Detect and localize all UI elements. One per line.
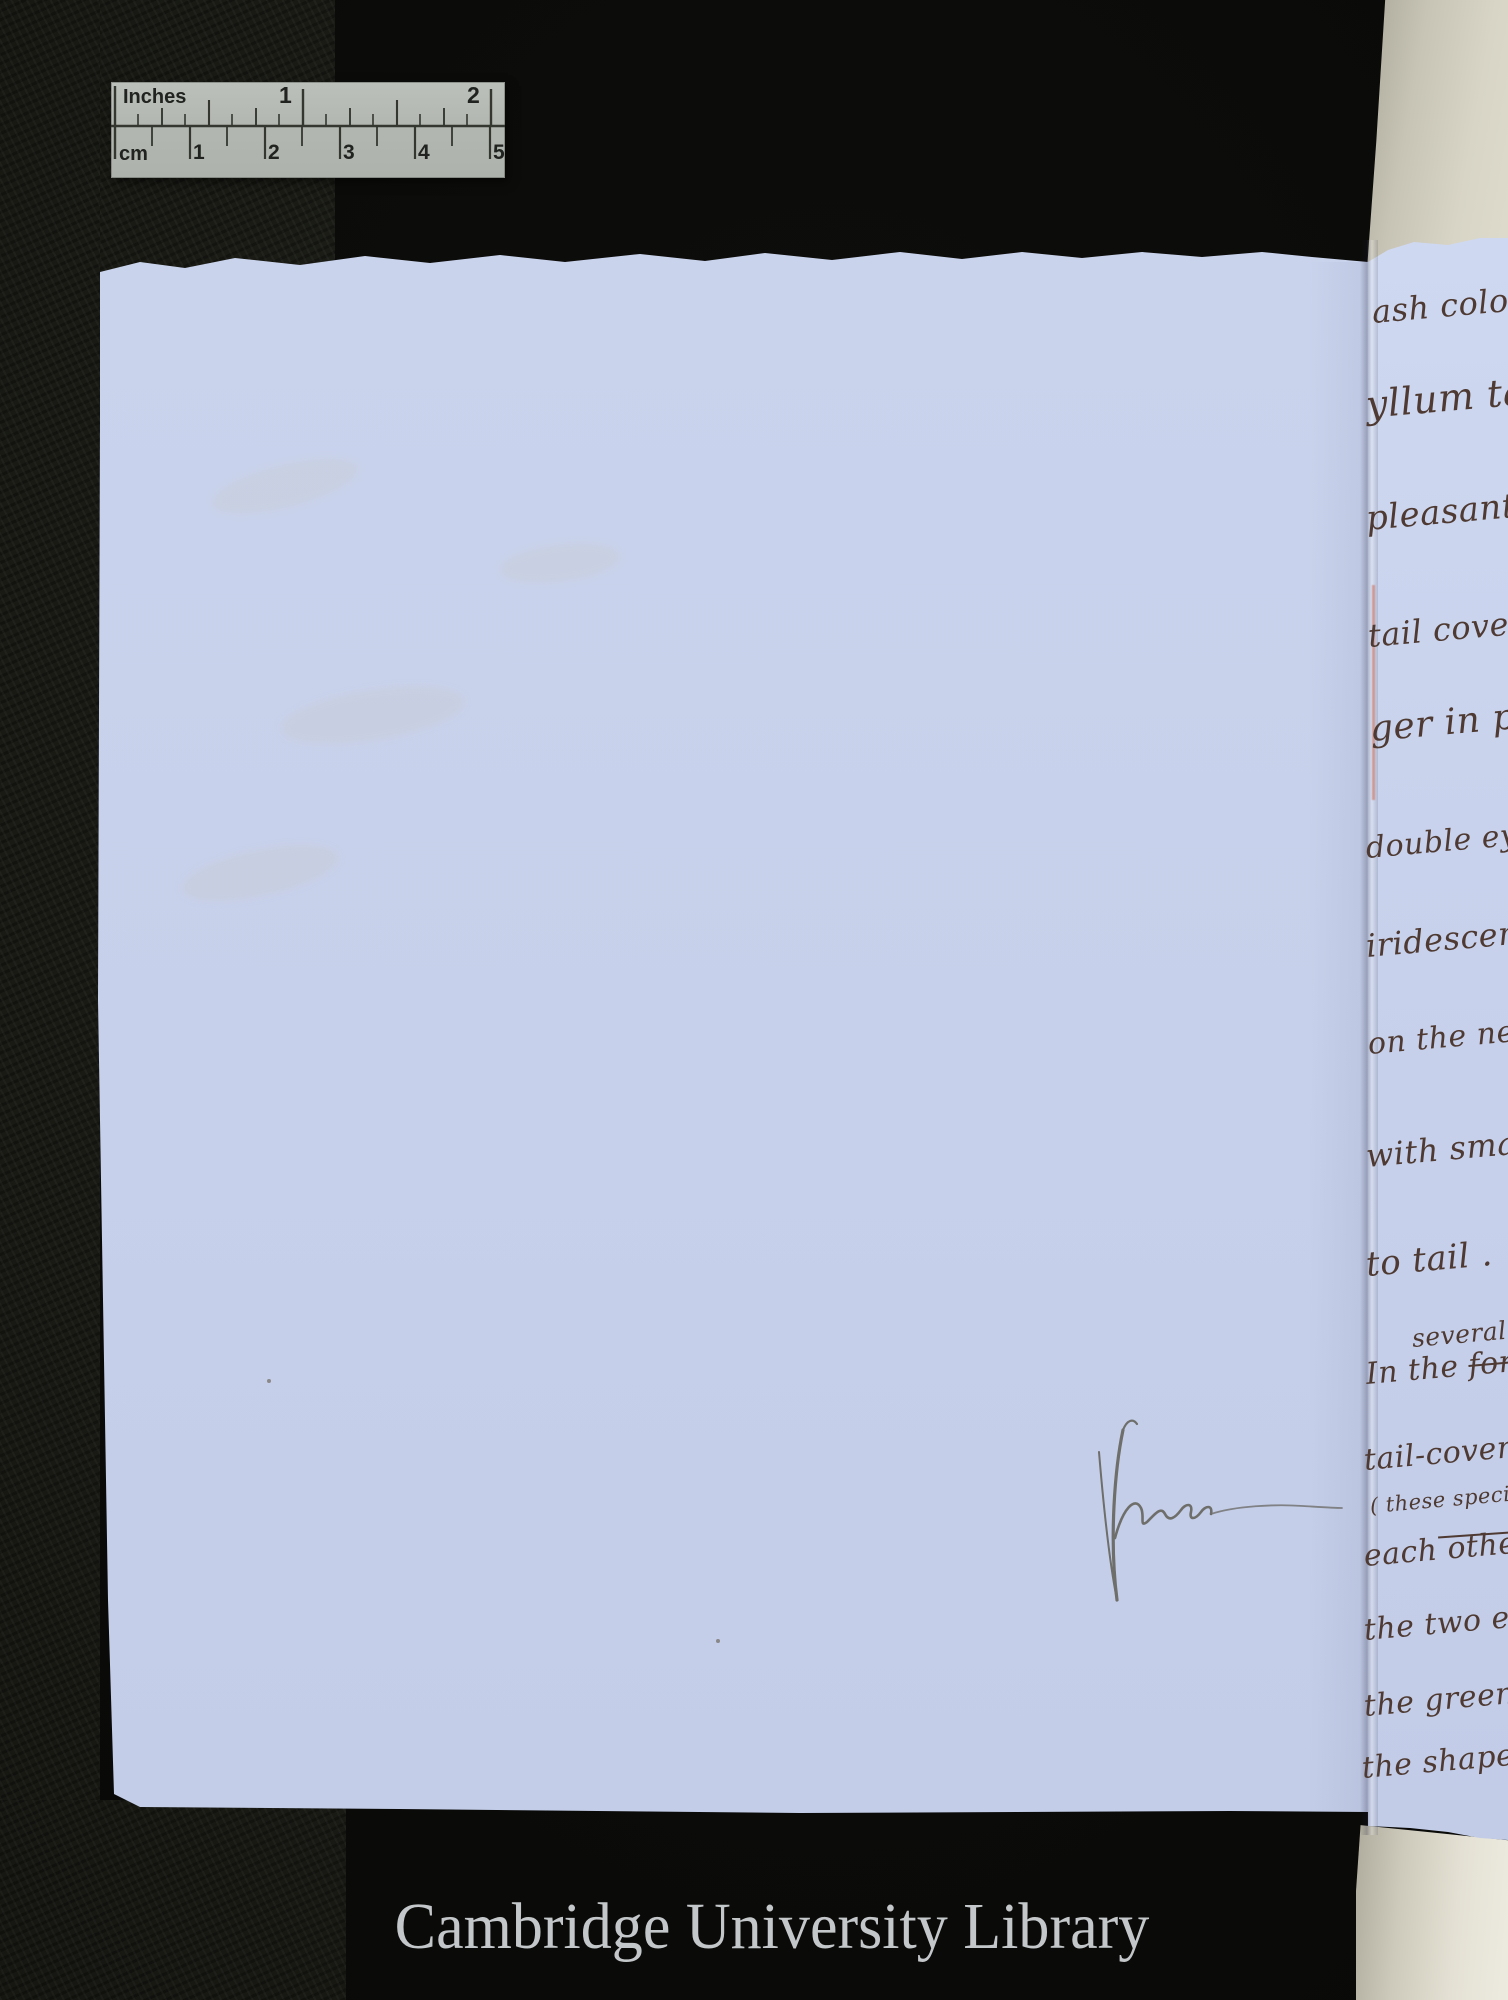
fabric-mat-bottom-left	[0, 1800, 346, 2000]
ruler-inch-number: 1	[279, 84, 292, 107]
ruler-cm-number: 4	[418, 142, 430, 163]
ruler-cm-number: 3	[343, 142, 355, 163]
paper-speck	[267, 1379, 271, 1383]
ruler-cm-number: 1	[193, 142, 205, 163]
pencil-scribble	[1035, 1408, 1355, 1618]
paper-speck	[716, 1639, 720, 1643]
fabric-mat-left-strip	[0, 0, 100, 2000]
ruler-inches-label: Inches	[123, 87, 186, 107]
underlying-cream-page-bottom	[1356, 1812, 1508, 2000]
underlying-cream-page-top	[1360, 0, 1508, 272]
ruler-cm-label: cm	[119, 144, 148, 164]
scale-ruler: Inches 1 2 cm 1 2 3 4 5	[111, 82, 505, 178]
photographed-manuscript-scene: ash colour yllum tail pleasant ; tail co…	[0, 0, 1508, 2000]
ruler-cm-number: 2	[268, 142, 280, 163]
library-watermark: Cambridge University Library	[395, 1894, 1150, 1960]
ruler-cm-number: 5	[493, 142, 505, 163]
handwriting-line: to tail .	[1365, 1237, 1494, 1282]
blank-letter-page	[0, 0, 1508, 2000]
ruler-inch-number: 2	[467, 84, 480, 107]
